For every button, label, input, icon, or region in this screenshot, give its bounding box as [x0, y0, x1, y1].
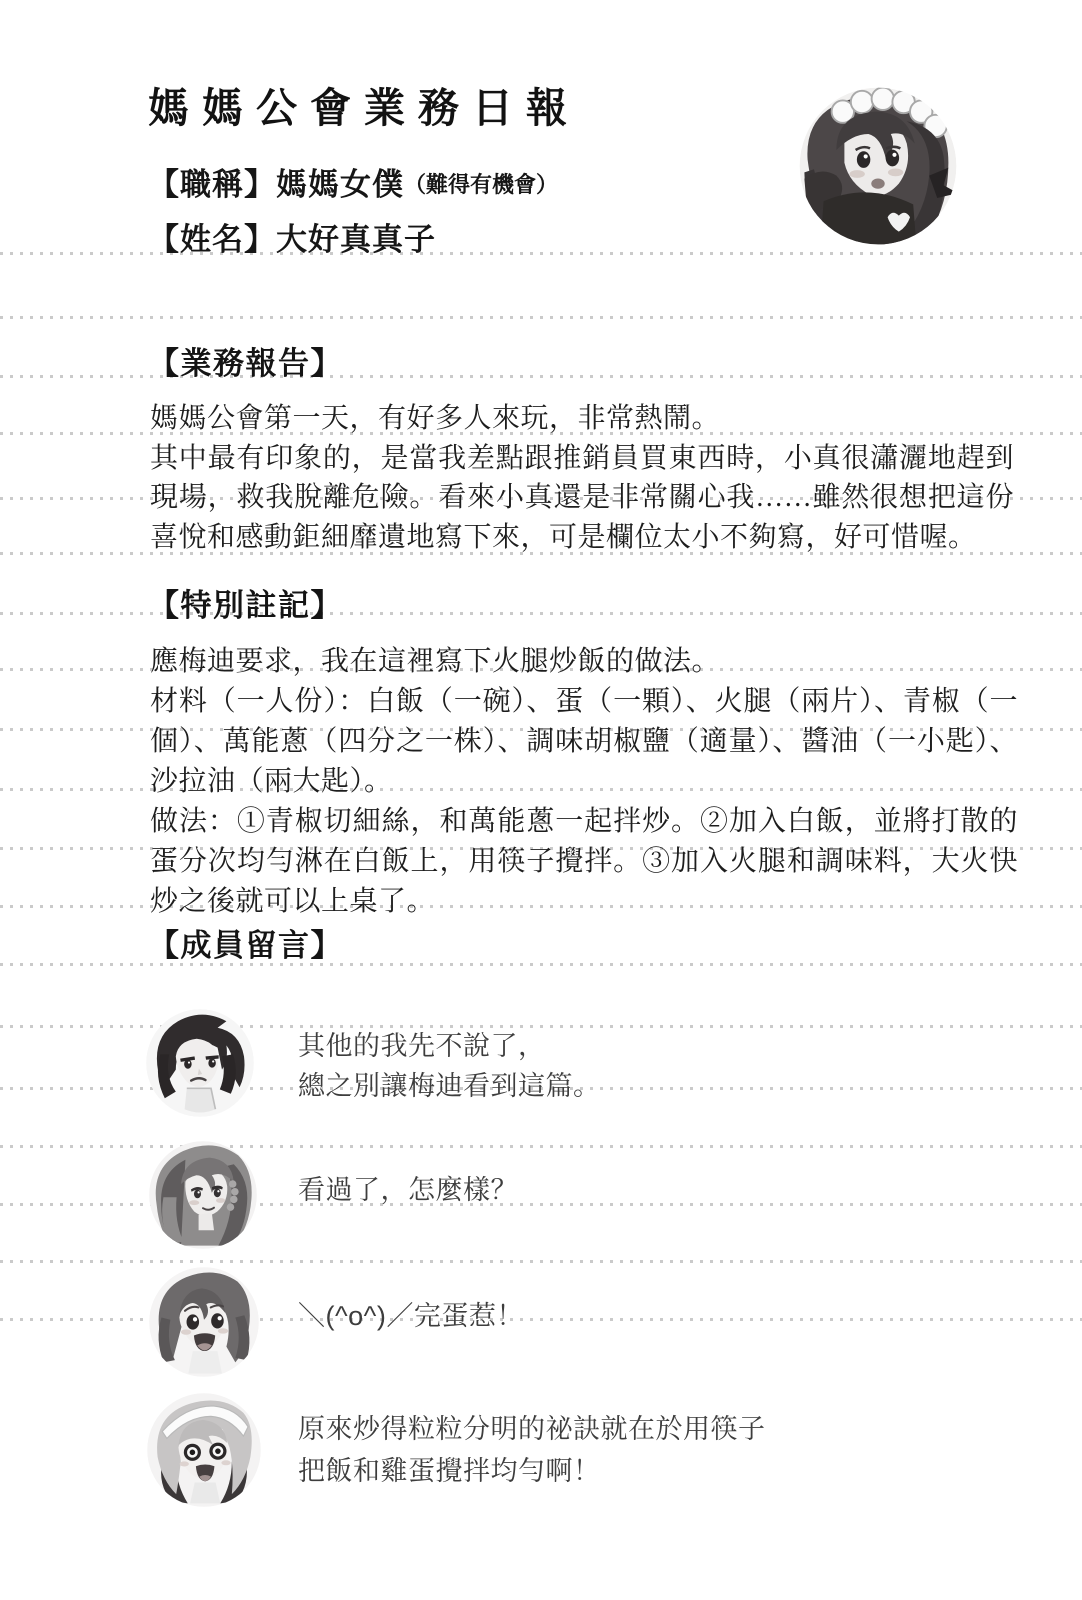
section-heading-notes: 【特別註記】	[148, 588, 343, 624]
name-value: 大好真真子	[276, 222, 436, 257]
comment-porta: 原來炒得粒粒分明的祕訣就在於用筷子 把飯和雞蛋攪拌均勻啊！	[298, 1408, 766, 1492]
notes-paragraph: 材料（一人份）：白飯（一碗）、蛋（一顆）、火腿（兩片）、青椒（一個）、萬能蔥（四…	[150, 682, 1018, 802]
page-title: 媽媽公會業務日報	[148, 84, 580, 132]
comment-line: 看過了，怎麼樣？	[298, 1170, 518, 1210]
comment-line: 總之別讓梅迪看到這篇。	[298, 1066, 601, 1106]
masato-avatar	[145, 1008, 255, 1118]
report-paragraph: 媽媽公會第一天，有好多人來玩，非常熱鬧。	[150, 399, 1014, 439]
wise-avatar	[148, 1266, 260, 1378]
masato-avatar-svg	[145, 1008, 255, 1118]
comment-line: ＼(^o^)／完蛋惹！	[298, 1296, 524, 1336]
medhi-avatar	[148, 1140, 258, 1250]
medhi-avatar-svg	[148, 1140, 258, 1250]
job-label: 【職稱】	[148, 167, 276, 202]
comment-line: 原來炒得粒粒分明的祕訣就在於用筷子	[298, 1408, 766, 1450]
maid-portrait-svg	[798, 86, 958, 246]
comment-medhi: 看過了，怎麼樣？	[298, 1170, 518, 1210]
comment-line: 把飯和雞蛋攪拌均勻啊！	[298, 1450, 766, 1492]
report-body: 媽媽公會第一天，有好多人來玩，非常熱鬧。 其中最有印象的，是當我差點跟推銷員買東…	[150, 399, 1014, 557]
mamako-maid-portrait-icon	[798, 86, 958, 246]
name-label: 【姓名】	[148, 222, 276, 257]
job-value: 媽媽女僕	[276, 167, 404, 202]
comment-line: 其他的我先不說了，	[298, 1026, 601, 1066]
job-note: （難得有機會）	[404, 172, 558, 197]
diary-page: 媽媽公會業務日報	[0, 0, 1082, 1600]
ruled-line	[0, 316, 1082, 319]
notes-paragraph: 應梅迪要求，我在這裡寫下火腿炒飯的做法。	[150, 642, 1018, 682]
notes-body: 應梅迪要求，我在這裡寫下火腿炒飯的做法。 材料（一人份）：白飯（一碗）、蛋（一顆…	[150, 642, 1018, 922]
comment-wise: ＼(^o^)／完蛋惹！	[298, 1296, 524, 1336]
name-row: 【姓名】大好真真子	[148, 219, 436, 261]
report-paragraph: 其中最有印象的，是當我差點跟推銷員買東西時，小真很瀟灑地趕到現場，救我脫離危險。…	[150, 439, 1014, 558]
section-heading-report: 【業務報告】	[148, 346, 343, 382]
job-title-row: 【職稱】媽媽女僕（難得有機會）	[148, 164, 558, 206]
porta-avatar-svg	[146, 1392, 262, 1508]
ruled-line	[0, 1260, 1082, 1263]
porta-avatar	[146, 1392, 262, 1508]
wise-avatar-svg	[148, 1266, 260, 1378]
notes-paragraph: 做法：①青椒切細絲，和萬能蔥一起拌炒。②加入白飯，並將打散的蛋分次均勻淋在白飯上…	[150, 802, 1018, 922]
comment-masato: 其他的我先不說了， 總之別讓梅迪看到這篇。	[298, 1026, 601, 1106]
section-heading-comments: 【成員留言】	[148, 928, 343, 964]
